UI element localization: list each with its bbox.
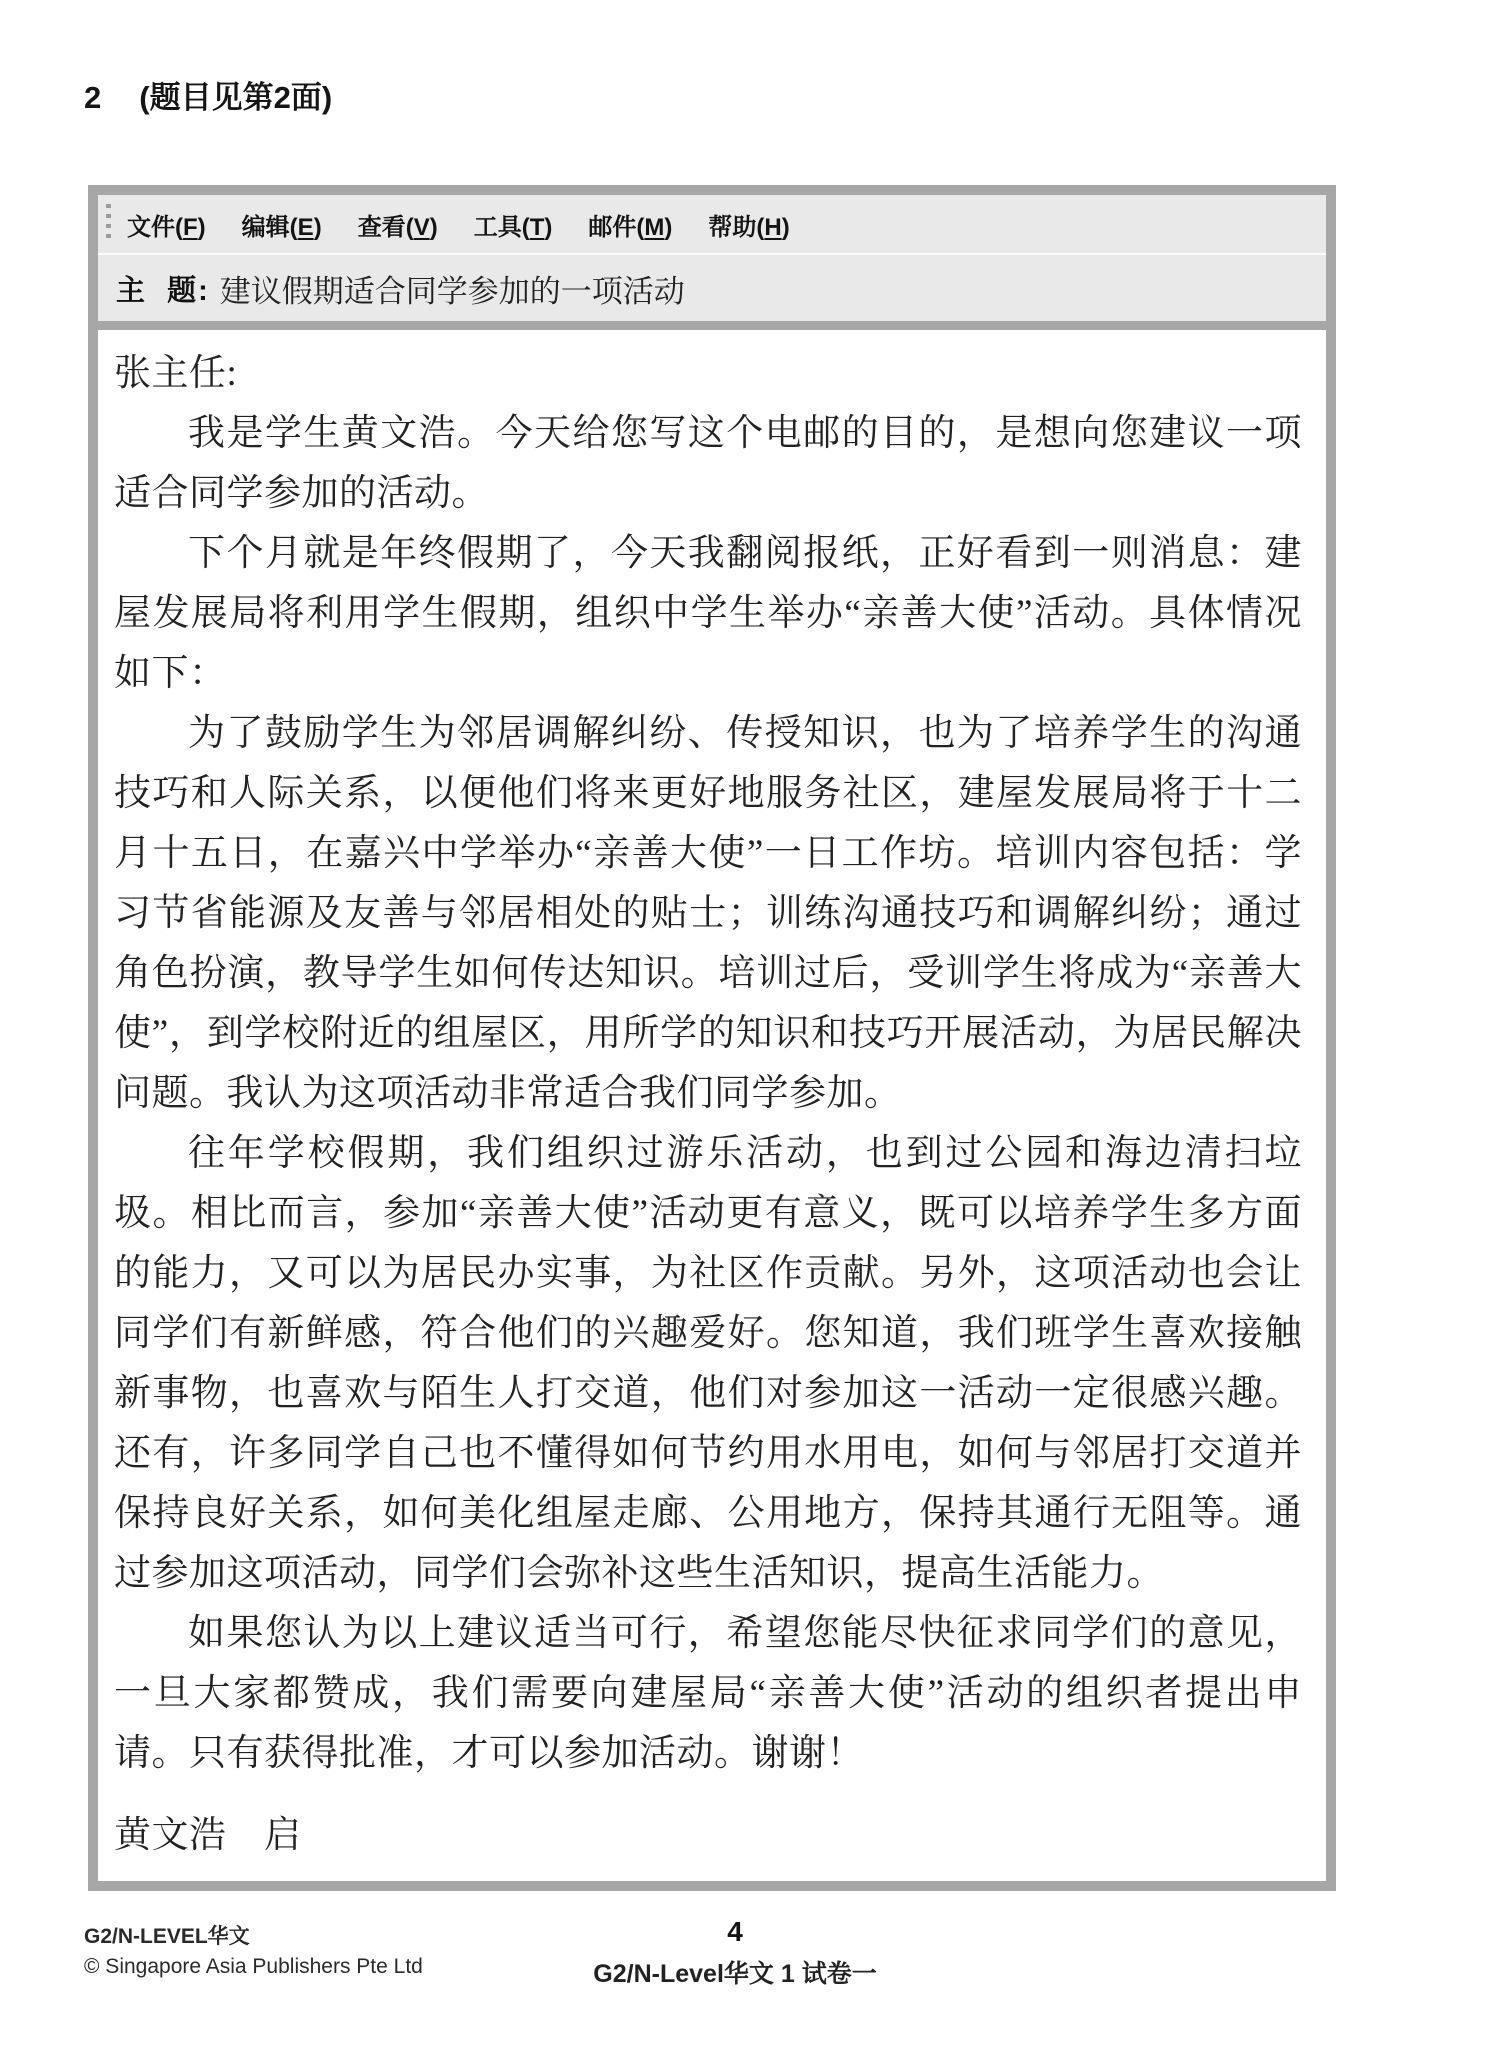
email-paragraphs: 我是学生黄文浩。今天给您写这个电邮的目的，是想向您建议一项适合同学参加的活动。下… <box>114 404 1302 1784</box>
menu-item-v[interactable]: 查看(V) <box>358 207 438 242</box>
page-number: 4 <box>0 1916 1470 1948</box>
menu-item-e[interactable]: 编辑(E) <box>242 207 322 242</box>
email-paragraph: 往年学校假期，我们组织过游乐活动，也到过公园和海边清扫垃圾。相比而言，参加“亲善… <box>114 1124 1302 1604</box>
page-header: 2(题目见第2面) <box>84 72 332 117</box>
email-paragraph: 如果您认为以上建议适当可行，希望您能尽快征求同学们的意见，一旦大家都赞成，我们需… <box>114 1604 1302 1784</box>
menu-item-m[interactable]: 邮件(M) <box>588 207 672 242</box>
email-signature: 黄文浩 启 <box>114 1806 1302 1866</box>
email-paragraph: 我是学生黄文浩。今天给您写这个电邮的目的，是想向您建议一项适合同学参加的活动。 <box>114 404 1302 524</box>
email-paragraph: 下个月就是年终假期了，今天我翻阅报纸，正好看到一则消息：建屋发展局将利用学生假期… <box>114 524 1302 704</box>
menu-item-h[interactable]: 帮助(H) <box>708 207 789 242</box>
header-note: (题目见第2面) <box>139 80 332 115</box>
exam-page: 2(题目见第2面) 文件(F)编辑(E)查看(V)工具(T)邮件(M)帮助(H)… <box>0 0 1503 2048</box>
menu-bar: 文件(F)编辑(E)查看(V)工具(T)邮件(M)帮助(H) <box>98 195 1326 253</box>
toolbar-grip-handle[interactable] <box>106 204 111 244</box>
menu-items: 文件(F)编辑(E)查看(V)工具(T)邮件(M)帮助(H) <box>127 207 790 242</box>
email-salutation: 张主任: <box>114 344 1302 404</box>
menu-item-t[interactable]: 工具(T) <box>474 207 553 242</box>
footer-center: 4 G2/N-Level华文 1 试卷一 <box>0 1916 1470 1990</box>
paper-label: G2/N-Level华文 1 试卷一 <box>0 1954 1470 1990</box>
question-number: 2 <box>84 80 101 115</box>
email-body: 张主任: 我是学生黄文浩。今天给您写这个电邮的目的，是想向您建议一项适合同学参加… <box>98 321 1326 1881</box>
email-paragraph: 为了鼓励学生为邻居调解纠纷、传授知识，也为了培养学生的沟通技巧和人际关系，以便他… <box>114 704 1302 1124</box>
menu-item-f[interactable]: 文件(F) <box>127 207 206 242</box>
email-window: 文件(F)编辑(E)查看(V)工具(T)邮件(M)帮助(H) 主 题: 建议假期… <box>88 185 1336 1891</box>
subject-label: 主 题: <box>116 268 210 309</box>
subject-value: 建议假期适合同学参加的一项活动 <box>220 266 685 311</box>
subject-bar: 主 题: 建议假期适合同学参加的一项活动 <box>98 253 1326 321</box>
